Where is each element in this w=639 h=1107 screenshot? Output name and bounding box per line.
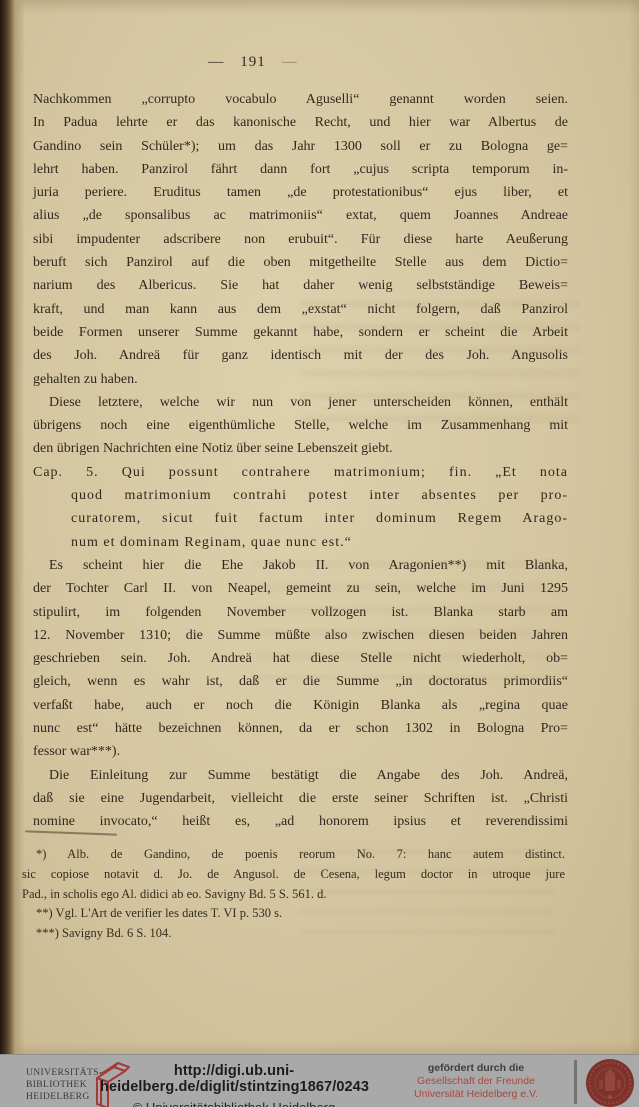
text-line: curatorem, sicut fuit factum inter domin… xyxy=(33,507,568,530)
text-line: Cap. 5. Qui possunt contrahere matrimoni… xyxy=(33,461,568,484)
text-line: lehrt haben. Panzirol fährt dann fort „c… xyxy=(33,158,568,181)
text-line: kraft, und man kann aus dem „exstat“ nic… xyxy=(33,298,568,321)
copyright-notice: © Universitätsbibliothek Heidelberg xyxy=(100,1100,368,1107)
header-dash-left: — xyxy=(208,54,224,70)
funding-line: Universität Heidelberg e.V. xyxy=(413,1088,539,1101)
text-line: 12. November 1310; die Summe müßte also … xyxy=(33,624,568,647)
text-line: daß sie eine Jugendarbeit, vielleicht di… xyxy=(33,787,568,810)
text-line: des Joh. Andreä für ganz identisch mit d… xyxy=(33,344,568,367)
footer-divider xyxy=(574,1060,577,1104)
text-line: übrigens noch eine eigenthümliche Stelle… xyxy=(33,414,568,437)
text-line: stipulirt, im folgenden November vollzog… xyxy=(33,601,568,624)
footer-bar: UNIVERSITÄTS- BIBLIOTHEK HEIDELBERG http… xyxy=(0,1054,639,1107)
text-line: sibi impudenter adscribere non erubuit“.… xyxy=(33,228,568,251)
text-line: verfaßt habe, auch er noch die Königin B… xyxy=(33,694,568,717)
page-number: 191 xyxy=(240,54,266,70)
footnotes: *) Alb. de Gandino, de poenis reorum No.… xyxy=(22,845,565,944)
funding-credit: gefördert durch die Gesellschaft der Fre… xyxy=(413,1062,539,1102)
text-line: In Padua lehrte er das kanonische Recht,… xyxy=(33,111,568,134)
text-line: Die Einleitung zur Summe bestätigt die A… xyxy=(33,764,568,787)
text-line: gleich, wenn es wahr ist, daß er die Sum… xyxy=(33,670,568,693)
text-line: nunc est“ hätte bezeichnen können, da er… xyxy=(33,717,568,740)
footnote-line: ***) Savigny Bd. 6 S. 104. xyxy=(22,924,565,944)
document-url: http://digi.ub.uni-heidelberg.de/diglit/… xyxy=(100,1063,368,1095)
text-line: narium des Albericus. Sie hat daher weni… xyxy=(33,274,568,297)
text-line: num et dominam Reginam, quae nunc est.“ xyxy=(33,531,568,554)
scanned-page: —191— Nachkommen „corrupto vocabulo Agus… xyxy=(0,0,639,1054)
text-line: Es scheint hier die Ehe Jakob II. von Ar… xyxy=(33,554,568,577)
text-line: Nachkommen „corrupto vocabulo Aguselli“ … xyxy=(33,88,568,111)
body-text: Nachkommen „corrupto vocabulo Aguselli“ … xyxy=(33,88,568,834)
text-line: der Tochter Carl II. von Neapel, gemeint… xyxy=(33,577,568,600)
text-line: beide Formen unserer Summe gekannt habe,… xyxy=(33,321,568,344)
page-header: —191— xyxy=(153,54,353,71)
text-line: quod matrimonium contrahi potest inter a… xyxy=(33,484,568,507)
text-line: Gandino sein Schüler*); um das Jahr 1300… xyxy=(33,135,568,158)
text-line: alius „de sponsalibus ac matrimoniis“ ex… xyxy=(33,204,568,227)
text-line: Diese letztere, welche wir nun von jener… xyxy=(33,391,568,414)
text-line: beruft sich Panzirol auf die oben mitget… xyxy=(33,251,568,274)
footnote-line: Pad., in scholis ego Al. didici ab eo. S… xyxy=(22,885,565,905)
text-line: juria periere. Eruditus tamen „de protes… xyxy=(33,181,568,204)
text-line: den übrigen Nachrichten eine Notiz über … xyxy=(33,437,568,460)
funding-line: Gesellschaft der Freunde xyxy=(413,1075,539,1088)
text-line: fessor war***). xyxy=(33,740,568,763)
text-line: gehalten zu haben. xyxy=(33,368,568,391)
text-line: nomine invocato,“ heißt es, „ad honorem … xyxy=(33,810,568,833)
footer-center: http://digi.ub.uni-heidelberg.de/diglit/… xyxy=(100,1063,368,1107)
header-dash-right: — xyxy=(282,54,298,70)
text-line: geschrieben sein. Joh. Andreä hat diese … xyxy=(33,647,568,670)
footnote-line: sic copiose notavit d. Jo. de Angusol. d… xyxy=(22,865,565,885)
university-seal-icon xyxy=(585,1058,635,1107)
footnote-line: *) Alb. de Gandino, de poenis reorum No.… xyxy=(22,845,565,865)
funding-line: gefördert durch die xyxy=(413,1062,539,1075)
footnote-line: **) Vgl. L'Art de verifier les dates T. … xyxy=(22,904,565,924)
